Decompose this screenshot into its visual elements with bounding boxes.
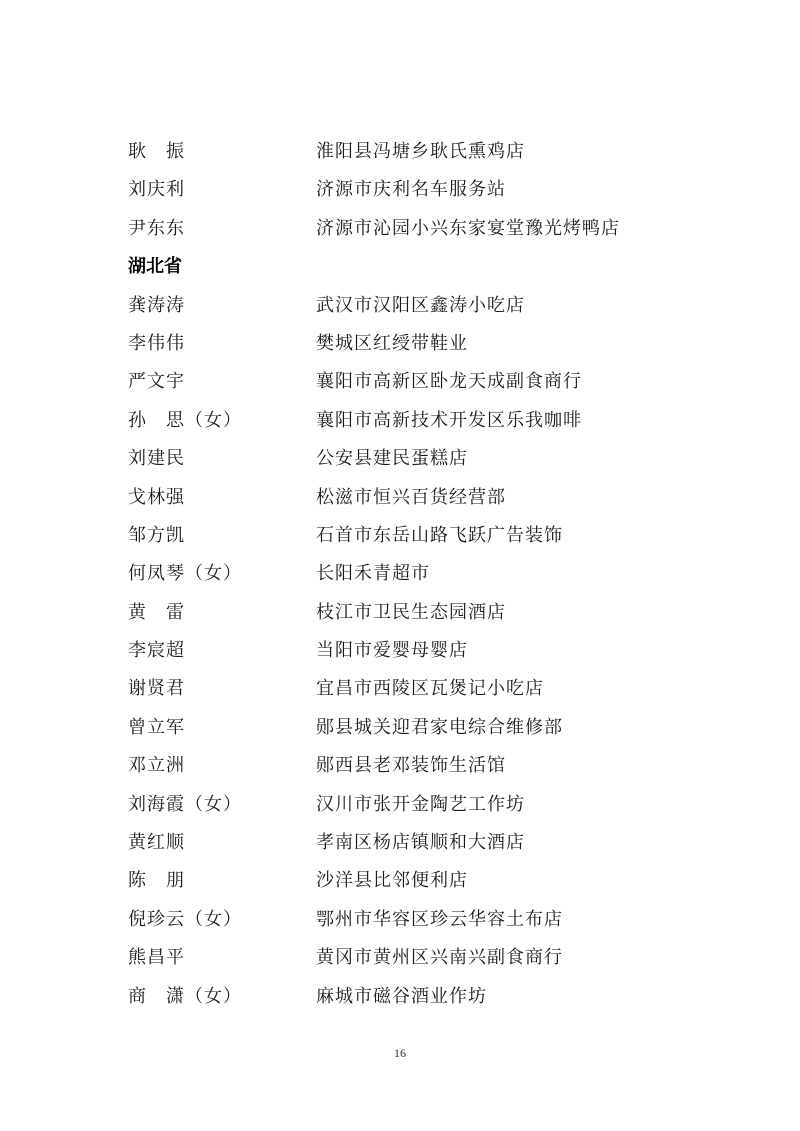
- person-name: 倪珍云（女）: [128, 906, 242, 934]
- person-name: 戈林强: [128, 484, 185, 512]
- page-number: 16: [0, 1046, 800, 1061]
- person-name: 黄 雷: [128, 599, 185, 627]
- person-name: 刘海霞（女）: [128, 791, 242, 819]
- business-name: 石首市东岳山路飞跃广告装饰: [316, 522, 563, 550]
- business-name: 济源市庆利名车服务站: [316, 176, 506, 204]
- list-item: 陈 朋 沙洋县比邻便利店: [128, 867, 688, 905]
- person-name: 严文宇: [128, 368, 185, 396]
- honoree-list: 耿 振 淮阳县冯塘乡耿氏熏鸡店 刘庆利 济源市庆利名车服务站 尹东东 济源市沁园…: [128, 138, 688, 1021]
- business-name: 当阳市爱婴母婴店: [316, 637, 468, 665]
- business-name: 武汉市汉阳区鑫涛小吃店: [316, 292, 525, 320]
- business-name: 郧县城关迎君家电综合维修部: [316, 714, 563, 742]
- business-name: 樊城区红绶带鞋业: [316, 330, 468, 358]
- list-item: 商 潇（女） 麻城市磁谷酒业作坊: [128, 983, 688, 1021]
- list-item: 邓立洲 郧西县老邓装饰生活馆: [128, 752, 688, 790]
- document-page: 耿 振 淮阳县冯塘乡耿氏熏鸡店 刘庆利 济源市庆利名车服务站 尹东东 济源市沁园…: [0, 0, 800, 1131]
- business-name: 鄂州市华容区珍云华容土布店: [316, 906, 563, 934]
- business-name: 松滋市恒兴百货经营部: [316, 484, 506, 512]
- person-name: 熊昌平: [128, 944, 185, 972]
- person-name: 黄红顺: [128, 829, 185, 857]
- person-name: 谢贤君: [128, 675, 185, 703]
- person-name: 耿 振: [128, 138, 185, 166]
- list-item: 黄 雷 枝江市卫民生态园酒店: [128, 599, 688, 637]
- business-name: 郧西县老邓装饰生活馆: [316, 752, 506, 780]
- list-item: 李宸超 当阳市爱婴母婴店: [128, 637, 688, 675]
- list-item: 黄红顺 孝南区杨店镇顺和大酒店: [128, 829, 688, 867]
- list-item: 尹东东 济源市沁园小兴东家宴堂豫光烤鸭店: [128, 215, 688, 253]
- list-item: 熊昌平 黄冈市黄州区兴南兴副食商行: [128, 944, 688, 982]
- list-item: 刘建民 公安县建民蛋糕店: [128, 445, 688, 483]
- list-item: 严文宇 襄阳市高新区卧龙天成副食商行: [128, 368, 688, 406]
- person-name: 尹东东: [128, 215, 185, 243]
- list-item: 倪珍云（女） 鄂州市华容区珍云华容土布店: [128, 906, 688, 944]
- person-name: 商 潇（女）: [128, 983, 242, 1011]
- person-name: 邓立洲: [128, 752, 185, 780]
- list-item: 龚涛涛 武汉市汉阳区鑫涛小吃店: [128, 292, 688, 330]
- list-item: 曾立军 郧县城关迎君家电综合维修部: [128, 714, 688, 752]
- business-name: 孝南区杨店镇顺和大酒店: [316, 829, 525, 857]
- person-name: 孙 思（女）: [128, 407, 242, 435]
- person-name: 龚涛涛: [128, 292, 185, 320]
- business-name: 淮阳县冯塘乡耿氏熏鸡店: [316, 138, 525, 166]
- person-name: 李宸超: [128, 637, 185, 665]
- list-item: 邹方凯 石首市东岳山路飞跃广告装饰: [128, 522, 688, 560]
- business-name: 黄冈市黄州区兴南兴副食商行: [316, 944, 563, 972]
- business-name: 沙洋县比邻便利店: [316, 867, 468, 895]
- list-item: 孙 思（女） 襄阳市高新技术开发区乐我咖啡: [128, 407, 688, 445]
- list-item: 李伟伟 樊城区红绶带鞋业: [128, 330, 688, 368]
- person-name: 李伟伟: [128, 330, 185, 358]
- business-name: 枝江市卫民生态园酒店: [316, 599, 506, 627]
- person-name: 陈 朋: [128, 867, 185, 895]
- person-name: 邹方凯: [128, 522, 185, 550]
- person-name: 曾立军: [128, 714, 185, 742]
- list-item: 刘海霞（女） 汉川市张开金陶艺工作坊: [128, 791, 688, 829]
- business-name: 汉川市张开金陶艺工作坊: [316, 791, 525, 819]
- business-name: 济源市沁园小兴东家宴堂豫光烤鸭店: [316, 215, 620, 243]
- business-name: 长阳禾青超市: [316, 560, 430, 588]
- list-item: 耿 振 淮阳县冯塘乡耿氏熏鸡店: [128, 138, 688, 176]
- list-item: 戈林强 松滋市恒兴百货经营部: [128, 484, 688, 522]
- person-name: 刘建民: [128, 445, 185, 473]
- business-name: 宜昌市西陵区瓦煲记小吃店: [316, 675, 544, 703]
- list-item: 何凤琴（女） 长阳禾青超市: [128, 560, 688, 598]
- list-item: 谢贤君 宜昌市西陵区瓦煲记小吃店: [128, 675, 688, 713]
- list-item: 刘庆利 济源市庆利名车服务站: [128, 176, 688, 214]
- section-heading-province: 湖北省: [128, 253, 688, 291]
- business-name: 襄阳市高新技术开发区乐我咖啡: [316, 407, 582, 435]
- business-name: 麻城市磁谷酒业作坊: [316, 983, 487, 1011]
- business-name: 襄阳市高新区卧龙天成副食商行: [316, 368, 582, 396]
- person-name: 刘庆利: [128, 176, 185, 204]
- person-name: 何凤琴（女）: [128, 560, 242, 588]
- business-name: 公安县建民蛋糕店: [316, 445, 468, 473]
